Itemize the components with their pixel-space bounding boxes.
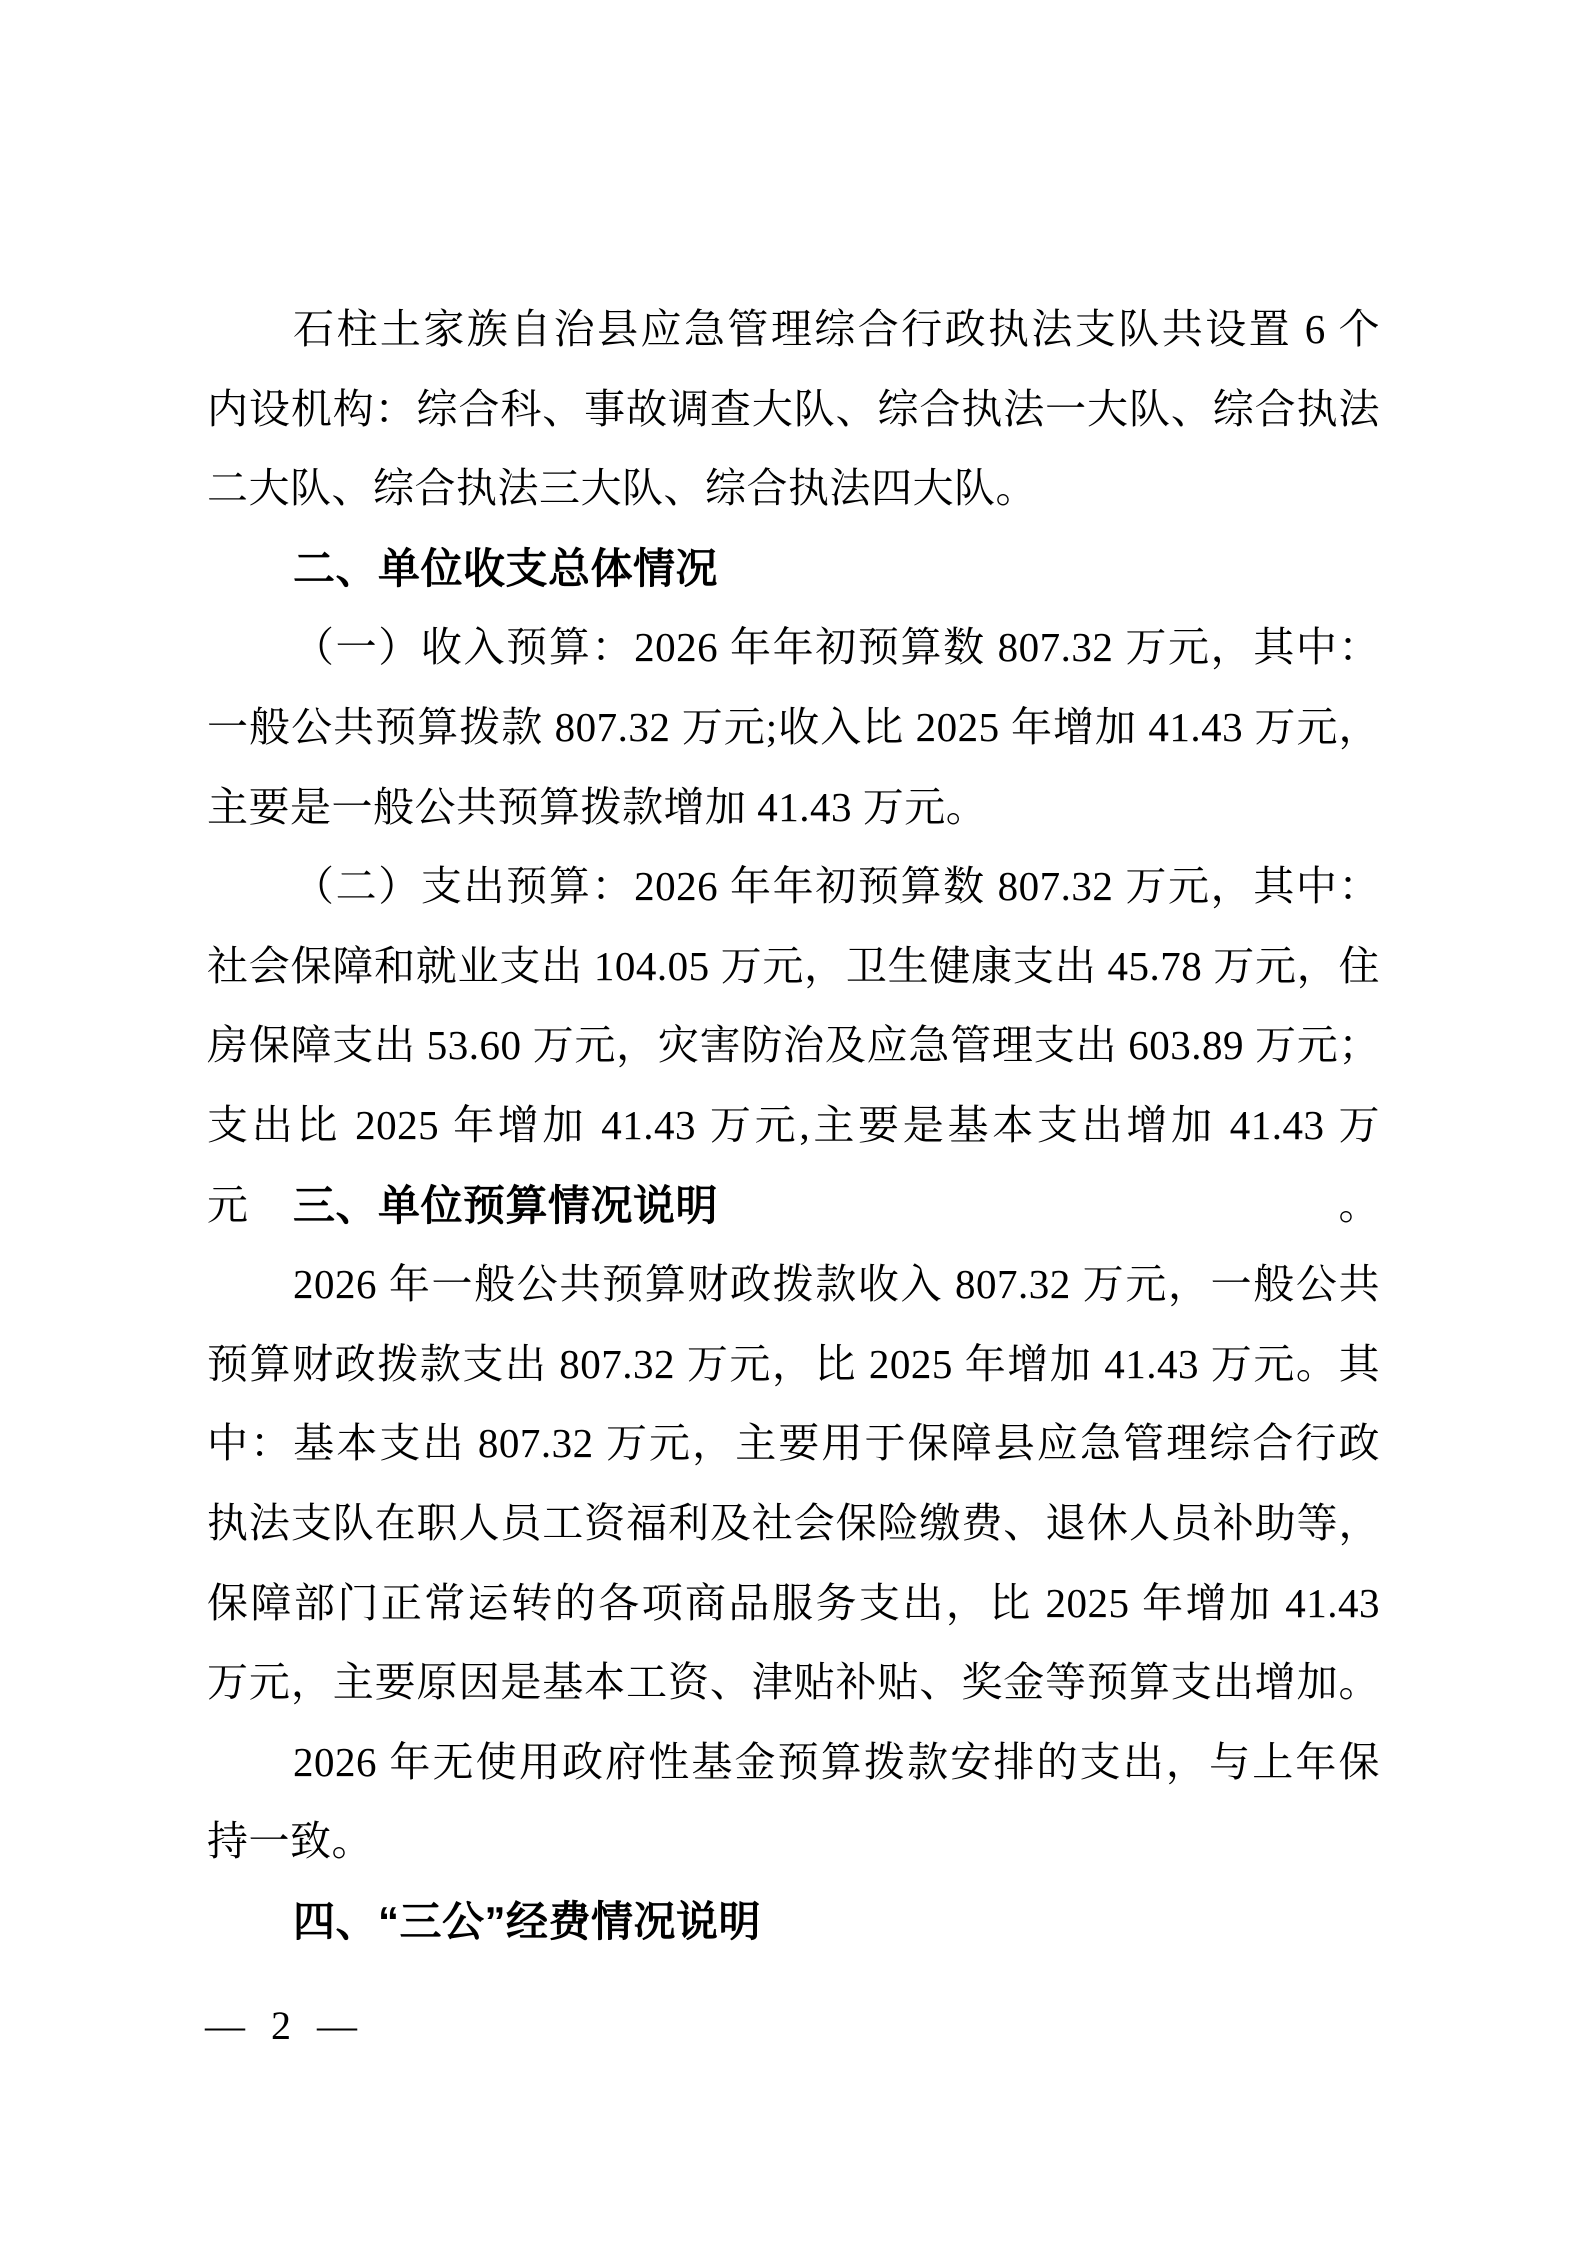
text-segment: 2026 年一般公共预算财政拨款收入 807.32 万元，一般公共: [293, 1261, 1380, 1307]
body-line: 万元，主要原因是基本工资、津贴补贴、奖金等预算支出增加。: [207, 1643, 1380, 1723]
body-line: （一）收入预算：2026 年年初预算数 807.32 万元，其中：: [207, 608, 1380, 688]
text-segment: 执法支队在职人员工资福利及社会保险缴费、退休人员补助等，: [207, 1500, 1380, 1546]
body-line: 一般公共预算拨款 807.32 万元;收入比 2025 年增加 41.43 万元…: [207, 688, 1380, 768]
body-line: 2026 年一般公共预算财政拨款收入 807.32 万元，一般公共: [207, 1245, 1380, 1325]
body-line: 社会保障和就业支出 104.05 万元，卫生健康支出 45.78 万元，住: [207, 927, 1380, 1007]
body-line: 2026 年无使用政府性基金预算拨款安排的支出，与上年保: [207, 1723, 1380, 1803]
text-segment: 保障部门正常运转的各项商品服务支出，比 2025 年增加 41.43: [207, 1580, 1380, 1626]
body-line: 持一致。: [207, 1802, 1380, 1882]
section-heading: 四、“三公”经费情况说明: [207, 1882, 1380, 1962]
text-segment: 万元，主要原因是基本工资、津贴补贴、奖金等预算支出增加。: [207, 1659, 1380, 1705]
text-segment: 预算财政拨款支出 807.32 万元，比 2025 年增加 41.43 万元。其: [207, 1341, 1380, 1387]
text-segment: 二、单位收支总体情况: [293, 545, 718, 592]
text-segment: 社会保障和就业支出 104.05 万元，卫生健康支出 45.78 万元，住: [207, 943, 1380, 989]
document-text-block: 石柱土家族自治县应急管理综合行政执法支队共设置 6 个内设机构：综合科、事故调查…: [207, 290, 1380, 1961]
body-line: 石柱土家族自治县应急管理综合行政执法支队共设置 6 个: [207, 290, 1380, 370]
body-line: 房保障支出 53.60 万元，灾害防治及应急管理支出 603.89 万元；: [207, 1006, 1380, 1086]
body-line: 二大队、综合执法三大队、综合执法四大队。: [207, 449, 1380, 529]
section-heading: 二、单位收支总体情况: [207, 529, 1380, 609]
text-segment: 内设机构：综合科、事故调查大队、综合执法一大队、综合执法: [207, 386, 1380, 432]
text-segment: 三、单位预算情况说明: [293, 1182, 718, 1229]
text-segment: 石柱土家族自治县应急管理综合行政执法支队共设置 6 个: [293, 306, 1380, 352]
body-line: （二）支出预算：2026 年年初预算数 807.32 万元，其中：: [207, 847, 1380, 927]
text-segment: （二）支出预算：: [293, 863, 634, 909]
text-segment: 主要是一般公共预算拨款增加 41.43 万元。: [207, 784, 987, 830]
body-line: 中：基本支出 807.32 万元，主要用于保障县应急管理综合行政: [207, 1404, 1380, 1484]
body-line: 预算财政拨款支出 807.32 万元，比 2025 年增加 41.43 万元。其: [207, 1325, 1380, 1405]
body-line: 内设机构：综合科、事故调查大队、综合执法一大队、综合执法: [207, 370, 1380, 450]
text-segment: 四、“三公”经费情况说明: [293, 1898, 761, 1945]
text-segment: 中：基本支出 807.32 万元，主要用于保障县应急管理综合行政: [207, 1420, 1380, 1466]
text-segment: 房保障支出 53.60 万元，灾害防治及应急管理支出 603.89 万元；: [207, 1022, 1380, 1068]
text-segment: 2026 年无使用政府性基金预算拨款安排的支出，与上年保: [293, 1739, 1380, 1785]
body-line: 保障部门正常运转的各项商品服务支出，比 2025 年增加 41.43: [207, 1564, 1380, 1644]
text-segment: 一般公共预算拨款 807.32 万元;收入比 2025 年增加 41.43 万元…: [207, 704, 1380, 750]
text-segment: 持一致。: [207, 1818, 373, 1864]
text-segment: 二大队、综合执法三大队、综合执法四大队。: [207, 465, 1037, 511]
body-line: 主要是一般公共预算拨款增加 41.43 万元。: [207, 768, 1380, 848]
text-segment: （一）收入预算：: [293, 624, 634, 670]
text-segment: 2026 年年初预算数 807.32 万元，其中：: [634, 624, 1380, 670]
body-line: 执法支队在职人员工资福利及社会保险缴费、退休人员补助等，: [207, 1484, 1380, 1564]
document-page: 石柱土家族自治县应急管理综合行政执法支队共设置 6 个内设机构：综合科、事故调查…: [0, 0, 1587, 2245]
page-number: — 2 —: [205, 2003, 357, 2049]
text-segment: 2026 年年初预算数 807.32 万元，其中：: [634, 863, 1380, 909]
body-line: 支出比 2025 年增加 41.43 万元,主要是基本支出增加 41.43 万元…: [207, 1086, 1380, 1166]
